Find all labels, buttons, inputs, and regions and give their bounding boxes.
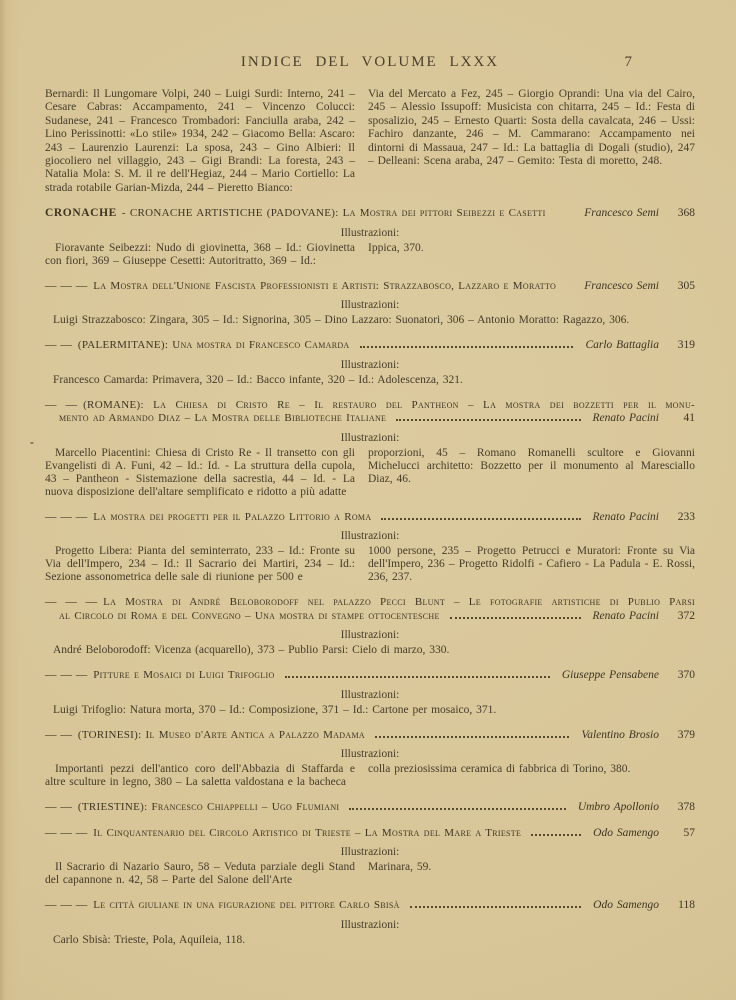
- author-name: Umbro Apollonio: [578, 801, 659, 815]
- index-entry-cinquantenario: — — —Il Cinquantenario del Circolo Artis…: [45, 827, 695, 888]
- entry-heading: — — —Il Cinquantenario del Circolo Artis…: [45, 827, 695, 841]
- entry-title: — — —La mostra dei progetti per il Palaz…: [45, 511, 371, 525]
- illustration-right-column: Ippica, 370.: [368, 242, 695, 268]
- index-entry-triestine: — —(TRIESTINE): Francesco Chiappelli – U…: [45, 801, 695, 815]
- entry-title-text: La Mostra di André Beloborodoff nel pala…: [103, 596, 695, 608]
- entry-title: — —(TRIESTINE): Francesco Chiappelli – U…: [45, 801, 339, 815]
- illustration-text: Luigi Strazzabosco: Zingara, 305 – Id.: …: [45, 314, 695, 327]
- page-ref: 305: [669, 280, 695, 294]
- author-name: Renato Pacini: [593, 412, 659, 426]
- illustrations-label: Illustrazioni:: [45, 299, 695, 312]
- illustration-left-column: Importanti pezzi dell'antico coro dell'A…: [45, 763, 355, 789]
- illustrations-label: Illustrazioni:: [45, 919, 695, 932]
- entry-heading: — —(TORINESI): Il Museo d'Arte Antica a …: [45, 729, 695, 743]
- illustration-columns: Fioravante Seibezzi: Nudo di giovinetta,…: [45, 242, 695, 268]
- margin-mark: -: [30, 437, 34, 449]
- entry-title-text: Pitture e Mosaici di Luigi Trifoglio: [93, 669, 274, 681]
- entry-heading-line2: mento ad Armando Diaz – La Mostra delle …: [45, 412, 695, 426]
- illustrations-label: Illustrazioni:: [45, 359, 695, 372]
- entry-title: — — —Il Cinquantenario del Circolo Artis…: [45, 827, 521, 841]
- continuation-left-column: Bernardi: Il Lungomare Volpi, 240 – Luig…: [45, 88, 355, 195]
- entry-heading-line1: — — —La Mostra di André Beloborodoff nel…: [45, 596, 695, 610]
- entry-title-text: La Mostra dell'Unione Fascista Professio…: [93, 280, 556, 292]
- entry-title: — —(PALERMITANE): Una mostra di Francesc…: [45, 339, 350, 353]
- dotted-leader: [349, 801, 565, 810]
- entry-title-text: (ROMANE): La Chiesa di Cristo Re – Il re…: [83, 399, 695, 411]
- illustrations-label: Illustrazioni:: [45, 227, 695, 240]
- author-name: Carlo Battaglia: [585, 339, 659, 353]
- author-name: Odo Samengo: [593, 827, 659, 841]
- illustration-left-column: Fioravante Seibezzi: Nudo di giovinetta,…: [45, 242, 355, 268]
- page-ref: 319: [669, 339, 695, 353]
- entry-dashes: — —: [45, 399, 77, 411]
- entry-title-text: (PALERMITANE): Una mostra di Francesco C…: [78, 339, 350, 351]
- illustration-text: Luigi Trifoglio: Natura morta, 370 – Id.…: [45, 704, 695, 717]
- author-name: Odo Samengo: [593, 899, 659, 913]
- illustrations-label: Illustrazioni:: [45, 432, 695, 445]
- dotted-leader: [360, 339, 574, 348]
- entry-heading: — — —La Mostra dell'Unione Fascista Prof…: [45, 280, 695, 294]
- page-ref: 57: [669, 827, 695, 841]
- entry-heading: — —(PALERMITANE): Una mostra di Francesc…: [45, 339, 695, 353]
- dotted-leader: [285, 669, 550, 678]
- illustration-right-column: proporzioni, 45 – Romano Romanelli scult…: [368, 447, 695, 499]
- entry-title-text: - CRONACHE ARTISTICHE (PADOVANE): La Mos…: [122, 207, 546, 219]
- scanned-index-page: { "page": { "title": "INDICE DEL VOLUME …: [0, 0, 736, 1000]
- illustrations-label: Illustrazioni:: [45, 629, 695, 642]
- entry-title: — — —Le città giuliane in una figurazion…: [45, 899, 400, 913]
- index-entry-trifoglio: — — —Pitture e Mosaici di Luigi Trifogli…: [45, 669, 695, 717]
- author-name: Renato Pacini: [593, 610, 659, 624]
- page-ref: 233: [669, 511, 695, 525]
- illustration-columns: Progetto Libera: Pianta del seminterrato…: [45, 545, 695, 584]
- page-ref: 368: [669, 207, 695, 221]
- entry-heading: — —(TRIESTINE): Francesco Chiappelli – U…: [45, 801, 695, 815]
- entry-title: — — —Pitture e Mosaici di Luigi Trifogli…: [45, 669, 275, 683]
- entry-heading: — — —Pitture e Mosaici di Luigi Trifogli…: [45, 669, 695, 683]
- index-entry-palermitane: — —(PALERMITANE): Una mostra di Francesc…: [45, 339, 695, 387]
- entry-lead: CRONACHE: [45, 207, 117, 219]
- dotted-leader: [381, 511, 580, 520]
- continuation-right-column: Via del Mercato a Fez, 245 – Giorgio Opr…: [368, 88, 695, 195]
- illustrations-label: Illustrazioni:: [45, 689, 695, 702]
- illustrations-label: Illustrazioni:: [45, 748, 695, 761]
- page-number: 7: [625, 54, 633, 71]
- page-header: INDICE DEL VOLUME LXXX 7: [45, 54, 695, 74]
- entry-title-text: mento ad Armando Diaz – La Mostra delle …: [59, 412, 386, 424]
- entry-title: al Circolo di Roma e del Convegno – Una …: [59, 610, 440, 624]
- illustration-text: André Beloborodoff: Vicenza (acquarello)…: [45, 644, 695, 657]
- dotted-leader: [531, 827, 581, 836]
- dotted-leader: [396, 412, 580, 421]
- entry-heading: — — —Le città giuliane in una figurazion…: [45, 899, 695, 913]
- author-name: Valentino Brosio: [581, 729, 659, 743]
- entry-dashes: — — —: [45, 511, 87, 523]
- entry-title-text: (TORINESI): Il Museo d'Arte Antica a Pal…: [78, 729, 365, 741]
- author-name: Francesco Semi: [584, 207, 659, 221]
- entry-title: CRONACHE- CRONACHE ARTISTICHE (PADOVANE)…: [45, 207, 546, 221]
- entry-title-text: La mostra dei progetti per il Palazzo Li…: [93, 511, 371, 523]
- illustration-right-column: 1000 persone, 235 – Progetto Petrucci e …: [368, 545, 695, 584]
- index-entry-torinesi: — —(TORINESI): Il Museo d'Arte Antica a …: [45, 729, 695, 790]
- page-ref: 370: [669, 669, 695, 683]
- index-entry-unione-fascista: — — —La Mostra dell'Unione Fascista Prof…: [45, 280, 695, 328]
- author-name: Renato Pacini: [593, 511, 659, 525]
- entry-title: — — —La Mostra dell'Unione Fascista Prof…: [45, 280, 556, 294]
- entry-dashes: — —: [45, 801, 72, 813]
- entry-title-text: Le città giuliane in una figurazione del…: [93, 899, 399, 911]
- entry-title-text: al Circolo di Roma e del Convegno – Una …: [59, 610, 440, 622]
- illustration-left-column: Progetto Libera: Pianta del seminterrato…: [45, 545, 355, 584]
- index-entry-romane: — —(ROMANE): La Chiesa di Cristo Re – Il…: [45, 399, 695, 499]
- index-entry-padovane: CRONACHE- CRONACHE ARTISTICHE (PADOVANE)…: [45, 207, 695, 268]
- illustration-columns: Il Sacrario di Nazario Sauro, 58 – Vedut…: [45, 861, 695, 887]
- entry-dashes: — — —: [45, 899, 87, 911]
- illustration-left-column: Marcello Piacentini: Chiesa di Cristo Re…: [45, 447, 355, 499]
- illustration-right-column: colla preziosissima ceramica di fabbrica…: [368, 763, 695, 789]
- entry-heading-line2: al Circolo di Roma e del Convegno – Una …: [45, 610, 695, 624]
- illustration-right-column: Marinara, 59.: [368, 861, 695, 887]
- entry-dashes: — —: [45, 729, 72, 741]
- illustrations-label: Illustrazioni:: [45, 530, 695, 543]
- entry-title-text: (TRIESTINE): Francesco Chiappelli – Ugo …: [78, 801, 339, 813]
- illustration-text: Carlo Sbisà: Trieste, Pola, Aquileia, 11…: [45, 934, 695, 947]
- page-ref: 378: [669, 801, 695, 815]
- dotted-leader: [450, 610, 581, 619]
- author-name: Giuseppe Pensabene: [562, 669, 659, 683]
- dotted-leader: [375, 729, 570, 738]
- illustration-columns: Importanti pezzi dell'antico coro dell'A…: [45, 763, 695, 789]
- page-ref: 41: [669, 412, 695, 426]
- entry-title-text: Il Cinquantenario del Circolo Artistico …: [93, 827, 521, 839]
- entry-dashes: — — —: [45, 596, 97, 608]
- index-entry-sbisa: — — —Le città giuliane in una figurazion…: [45, 899, 695, 947]
- page-ref: 379: [669, 729, 695, 743]
- illustration-columns: Marcello Piacentini: Chiesa di Cristo Re…: [45, 447, 695, 499]
- dotted-leader: [410, 899, 581, 908]
- index-entry-beloborodoff: — — —La Mostra di André Beloborodoff nel…: [45, 596, 695, 657]
- entry-dashes: — — —: [45, 669, 87, 681]
- illustration-left-column: Il Sacrario di Nazario Sauro, 58 – Vedut…: [45, 861, 355, 887]
- entry-heading: CRONACHE- CRONACHE ARTISTICHE (PADOVANE)…: [45, 207, 695, 221]
- page-ref: 118: [669, 899, 695, 913]
- entry-dashes: — — —: [45, 827, 87, 839]
- entry-dashes: — — —: [45, 280, 87, 292]
- illustration-text: Francesco Camarda: Primavera, 320 – Id.:…: [45, 374, 695, 387]
- page-title: INDICE DEL VOLUME LXXX: [241, 54, 499, 70]
- entry-heading-line1: — —(ROMANE): La Chiesa di Cristo Re – Il…: [45, 399, 695, 413]
- author-name: Francesco Semi: [584, 280, 659, 294]
- illustrations-label: Illustrazioni:: [45, 846, 695, 859]
- page-ref: 372: [669, 610, 695, 624]
- entry-heading: — — —La mostra dei progetti per il Palaz…: [45, 511, 695, 525]
- continuation-columns: Bernardi: Il Lungomare Volpi, 240 – Luig…: [45, 88, 695, 195]
- entry-dashes: — —: [45, 339, 72, 351]
- entry-title: — —(TORINESI): Il Museo d'Arte Antica a …: [45, 729, 365, 743]
- entry-title: mento ad Armando Diaz – La Mostra delle …: [59, 412, 386, 426]
- index-entry-palazzo-littorio: — — —La mostra dei progetti per il Palaz…: [45, 511, 695, 585]
